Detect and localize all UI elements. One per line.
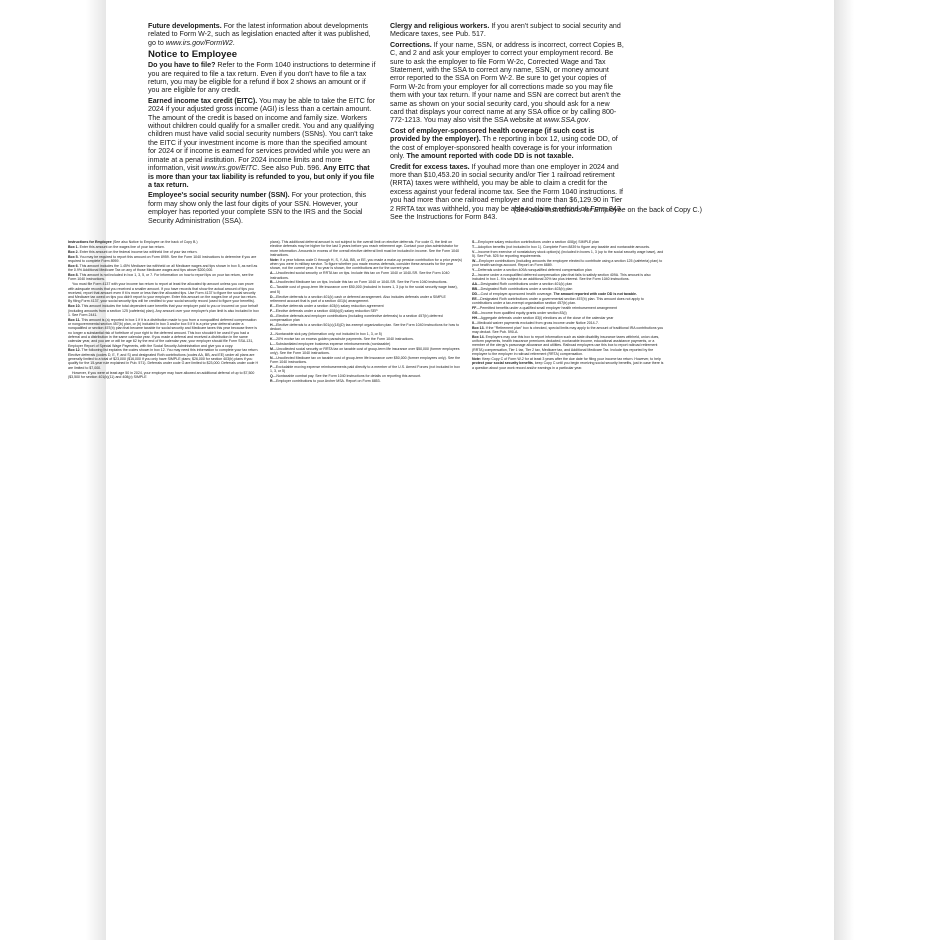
notice-section: Future developments. For the latest info… <box>148 22 708 227</box>
paragraph-text: —Substantiated employee business expense… <box>272 342 390 346</box>
paragraph-text: If a year follows code D through H, S, Y… <box>270 258 462 271</box>
paragraph: T—Adoption benefits (not included in box… <box>472 245 664 249</box>
paragraph-text: —Uncollected social security or RRTA tax… <box>270 271 449 279</box>
page-shadow-left <box>86 0 106 940</box>
paragraph-text: Enter this amount on the wages line of y… <box>79 245 165 249</box>
paragraph-text: This amount is not included in box 1, 3,… <box>68 273 253 281</box>
paragraph: Clergy and religious workers. If you are… <box>390 22 624 39</box>
paragraph-text: —Uncollected Medicare tax on taxable cos… <box>270 356 460 364</box>
paragraph-text: You may be required to report this amoun… <box>68 255 256 263</box>
notice-column-left: Future developments. For the latest info… <box>148 22 377 227</box>
paragraph-text: . See also Pub. 596. <box>257 164 323 172</box>
paragraph-text: —Elective deferrals and employer contrib… <box>270 314 443 322</box>
paragraph-text: —Employer contributions (including amoun… <box>472 259 662 267</box>
instructions-column-3: S—Employee salary reduction contribution… <box>472 240 664 384</box>
paragraph: E—Elective deferrals under a section 403… <box>270 304 462 308</box>
paragraph: Earned income tax credit (EITC). You may… <box>148 97 377 189</box>
instructions-column-1: Instructions for Employee (See also Noti… <box>68 240 260 384</box>
paragraph-text: —Permitted benefits under a qualified sm… <box>476 306 617 310</box>
paragraph: L—Substantiated employee business expens… <box>270 342 462 346</box>
paragraph-link[interactable]: www.irs.gov/EITC <box>201 164 257 172</box>
paragraph-text: The following list explains the codes sh… <box>68 348 258 369</box>
paragraph-lead: Future developments. <box>148 22 222 30</box>
paragraph-text: —Designated Roth contributions under a s… <box>477 287 572 291</box>
paragraph: Box 10. This amount includes the total d… <box>68 304 260 317</box>
paragraph-text: —Excludable moving expense reimbursement… <box>270 365 460 373</box>
paragraph: Future developments. For the latest info… <box>148 22 377 47</box>
paragraph-emphasis: The amount reported with code DD is not … <box>553 292 637 296</box>
paragraph: II—Medicaid waiver payments excluded fro… <box>472 321 664 325</box>
paragraph: M—Uncollected social security or RRTA ta… <box>270 347 462 356</box>
paragraph: A—Uncollected social security or RRTA ta… <box>270 271 462 280</box>
paragraph-text: However, if you were at least age 50 in … <box>68 371 254 379</box>
paragraph-text: . <box>233 39 235 47</box>
paragraph-link[interactable]: www.SSA.gov <box>544 116 589 124</box>
paragraph-text: Enter this amount on the federal income … <box>79 250 198 254</box>
paragraph-text: —Designated Roth contributions under a g… <box>472 297 644 305</box>
paragraph: BB—Designated Roth contributions under a… <box>472 287 664 291</box>
paragraph: Box 2. Enter this amount on the federal … <box>68 250 260 254</box>
paragraph: R—Employer contributions to your Archer … <box>270 379 462 383</box>
paragraph: FF—Permitted benefits under a qualified … <box>472 306 664 310</box>
paragraph-text: If your name, SSN, or address is incorre… <box>390 41 624 125</box>
paragraph: DD—Cost of employer-sponsored health cov… <box>472 292 664 296</box>
paragraph-lead: Credit for excess taxes. <box>390 163 470 171</box>
paragraph: plans). This additional deferral amount … <box>270 240 462 257</box>
paragraph-text: (See also Notice to Employee on the back… <box>112 240 198 244</box>
section-heading: Notice to Employee <box>148 49 377 60</box>
paragraph: J—Nontaxable sick pay (information only,… <box>270 332 462 336</box>
see-also-post: on the back of Copy C.) <box>626 206 703 214</box>
instructions-column-2: plans). This additional deferral amount … <box>270 240 462 384</box>
paragraph: W—Employer contributions (including amou… <box>472 259 664 268</box>
paragraph-text: . <box>588 116 590 124</box>
paragraph: B—Uncollected Medicare tax on tips. Incl… <box>270 280 462 284</box>
paragraph-lead: Corrections. <box>390 41 432 49</box>
paragraph: AA—Designated Roth contributions under a… <box>472 282 664 286</box>
paragraph: Box 12. The following list explains the … <box>68 348 260 369</box>
paragraph: Note: Keep Copy C of Form W-2 for at lea… <box>472 357 664 370</box>
paragraph: Corrections. If your name, SSN, or addre… <box>390 41 624 125</box>
paragraph: Cost of employer-sponsored health covera… <box>390 127 624 161</box>
paragraph-text: —Aggregate deferrals under section 83(i)… <box>477 316 613 320</box>
paragraph: Box 14. Employers may use this box to re… <box>472 335 664 356</box>
paragraph-text: —Employee salary reduction contributions… <box>474 240 599 244</box>
page-shadow-right <box>834 0 854 940</box>
paragraph-text: If the "Retirement plan" box is checked,… <box>472 326 663 334</box>
paragraph-text: You must file Form 4137 with your income… <box>68 282 257 303</box>
paragraph-text: —Uncollected Medicare tax on tips. Inclu… <box>273 280 448 284</box>
paragraph-text: —Elective deferrals under a section 408(… <box>272 309 377 313</box>
paragraph-text: —Adoption benefits (not included in box … <box>474 245 650 249</box>
paragraph: Box 6. This amount includes the 1.45% Me… <box>68 264 260 273</box>
paragraph: P—Excludable moving expense reimbursemen… <box>270 365 462 374</box>
paragraph: Box 11. This amount is (a) reported in b… <box>68 318 260 348</box>
paragraph-text: This amount includes the 1.45% Medicare … <box>68 264 257 272</box>
paragraph-text: —Deferrals under a section 409A nonquali… <box>474 268 591 272</box>
paragraph-text: Employers may use this box to report inf… <box>472 335 659 356</box>
paragraph-text: —Income from qualified equity grants und… <box>478 311 567 315</box>
paragraph: However, if you were at least age 50 in … <box>68 371 260 380</box>
paragraph: Instructions for Employee (See also Noti… <box>68 240 260 244</box>
paragraph-text: —Elective deferrals under a section 403(… <box>272 304 383 308</box>
paragraph: Do you have to file? Refer to the Form 1… <box>148 61 377 95</box>
paragraph-lead: Instructions for Employee <box>68 240 112 244</box>
paragraph-text: —20% excise tax on excess golden parachu… <box>273 337 414 341</box>
paragraph: Z—Income under a nonqualified deferred c… <box>472 273 664 282</box>
paragraph-text: This amount includes the total dependent… <box>68 304 259 317</box>
paragraph-lead: Do you have to file? <box>148 61 215 69</box>
paragraph-lead: Clergy and religious workers. <box>390 22 489 30</box>
paragraph: Box 13. If the "Retirement plan" box is … <box>472 326 664 335</box>
paragraph: S—Employee salary reduction contribution… <box>472 240 664 244</box>
paragraph-lead: Employee's social security number (SSN). <box>148 191 290 199</box>
instructions-section: Instructions for Employee (See also Noti… <box>68 240 662 384</box>
paragraph: You must file Form 4137 with your income… <box>68 282 260 303</box>
paragraph-text: —Cost of employer-sponsored health cover… <box>477 292 553 296</box>
see-also-note: (See also Instructions for Employee on t… <box>412 206 702 214</box>
see-also-italic: Instructions for Employee <box>545 206 625 214</box>
paragraph-text: —Elective deferrals to a section 401(k) … <box>270 295 446 303</box>
paragraph-lead: Earned income tax credit (EITC). <box>148 97 257 105</box>
paragraph: Y—Deferrals under a section 409A nonqual… <box>472 268 664 272</box>
notice-column-right: Clergy and religious workers. If you are… <box>390 22 624 227</box>
paragraph-text: plans). This additional deferral amount … <box>270 240 459 257</box>
paragraph: N—Uncollected Medicare tax on taxable co… <box>270 356 462 365</box>
paragraph: Box 5. You may be required to report thi… <box>68 255 260 264</box>
paragraph-emphasis: The amount reported with code DD is not … <box>406 152 573 160</box>
see-also-pre: (See also <box>514 206 546 214</box>
paragraph: F—Elective deferrals under a section 408… <box>270 309 462 313</box>
paragraph: Note: If a year follows code D through H… <box>270 258 462 271</box>
paragraph: K—20% excise tax on excess golden parach… <box>270 337 462 341</box>
paragraph: Box 1. Enter this amount on the wages li… <box>68 245 260 249</box>
paragraph-text: —Nontaxable sick pay (information only, … <box>272 332 382 336</box>
paragraph-lead: Box 2. <box>68 250 79 254</box>
paragraph: Employee's social security number (SSN).… <box>148 191 377 225</box>
paragraph: V—Income from exercise of nonstatutory s… <box>472 250 664 259</box>
paragraph-text: —Elective deferrals to a section 501(c)(… <box>270 323 459 331</box>
paragraph-text: This amount is (a) reported in box 1 if … <box>68 318 257 348</box>
paragraph-text: —Uncollected social security or RRTA tax… <box>270 347 460 355</box>
paragraph: EE—Designated Roth contributions under a… <box>472 297 664 306</box>
paragraph-text: —Income under a nonqualified deferred co… <box>472 273 651 281</box>
paragraph-text: —Income from exercise of nonstatutory st… <box>472 250 663 258</box>
paragraph-text: —Medicaid waiver payments excluded from … <box>474 321 599 325</box>
paragraph-text: —Nontaxable combat pay. See the Form 104… <box>273 374 421 378</box>
paragraph-text: —Employer contributions to your Archer M… <box>273 379 381 383</box>
paragraph: GG—Income from qualified equity grants u… <box>472 311 664 315</box>
paragraph: Box 8. This amount is not included in bo… <box>68 273 260 282</box>
paragraph: C—Taxable cost of group-term life insura… <box>270 285 462 294</box>
paragraph-lead: Box 1. <box>68 245 79 249</box>
paragraph-text: —Designated Roth contributions under a s… <box>477 282 572 286</box>
paragraph-text: —Taxable cost of group-term life insuran… <box>270 285 458 293</box>
paragraph: G—Elective deferrals and employer contri… <box>270 314 462 323</box>
paragraph: HH—Aggregate deferrals under section 83(… <box>472 316 664 320</box>
paragraph: Q—Nontaxable combat pay. See the Form 10… <box>270 374 462 378</box>
paragraph: D—Elective deferrals to a section 401(k)… <box>270 295 462 304</box>
paragraph-text: You may be able to take the EITC for 202… <box>148 97 375 172</box>
paragraph-link[interactable]: www.irs.gov/FormW2 <box>166 39 233 47</box>
paragraph: H—Elective deferrals to a section 501(c)… <box>270 323 462 332</box>
